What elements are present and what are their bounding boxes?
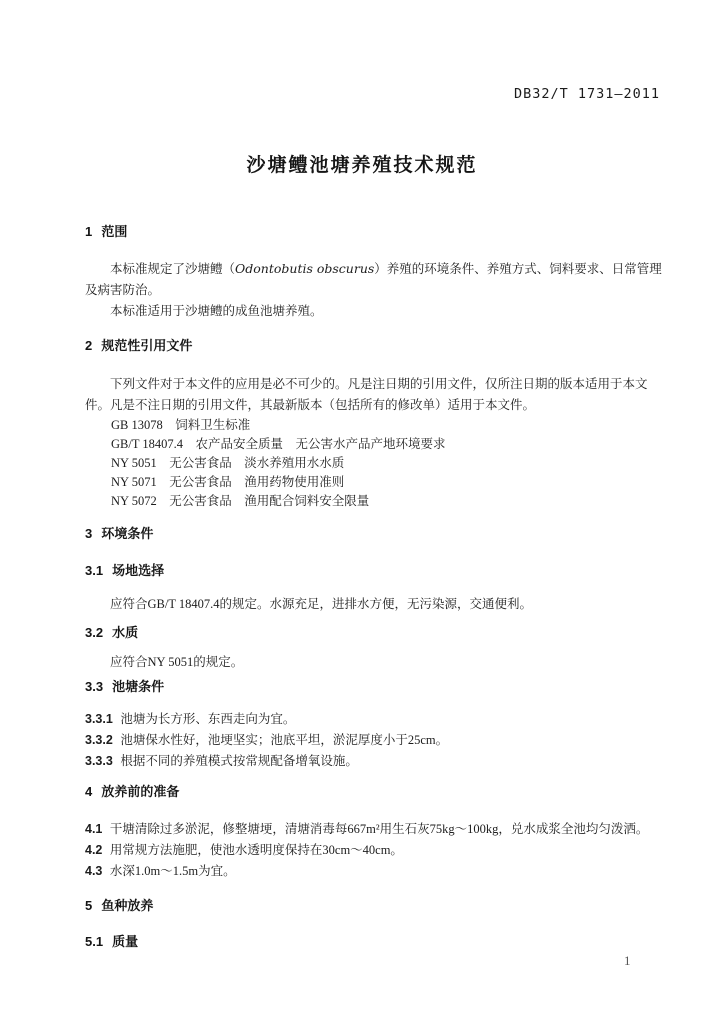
reference-item: NY 5072无公害食品 渔用配合饲料安全限量	[111, 492, 660, 511]
section-title: 范围	[101, 224, 127, 240]
document-body: 1 范围 本标准规定了沙塘鳢（Odontobutis obscurus）养殖的环…	[85, 224, 660, 950]
references-intro: 下列文件对于本文件的应用是必不可少的。凡是注日期的引用文件，仅所注日期的版本适用…	[85, 374, 660, 416]
section-title: 水质	[112, 625, 138, 641]
subsection-heading-quality: 5.1 质量	[85, 934, 660, 950]
clause-item: 4.2用常规方法施肥，使池水透明度保持在30cm～40cm。	[85, 840, 660, 861]
clause-number: 4.1	[85, 819, 102, 840]
section-number: 5.1	[85, 934, 103, 950]
clause-item: 4.3水深1.0m～1.5m为宜。	[85, 861, 660, 882]
reference-title: 无公害食品 淡水养殖用水水质	[169, 456, 344, 470]
clause-item: 3.3.3根据不同的养殖模式按常规配备增氧设施。	[85, 751, 660, 772]
section-number: 3.3	[85, 679, 103, 695]
clause-text: 池塘为长方形、东西走向为宜。	[120, 709, 295, 730]
preparation-clause-list: 4.1干塘清除过多淤泥，修整塘埂，清塘消毒每667m²用生石灰75kg～100k…	[85, 819, 660, 882]
reference-item: GB 13078饲料卫生标准	[111, 416, 660, 435]
text-run: 本标准规定了沙塘鳢（	[110, 262, 235, 276]
reference-item: NY 5051无公害食品 淡水养殖用水水质	[111, 454, 660, 473]
standard-number: DB32/T 1731—2011	[514, 86, 660, 102]
reference-code: NY 5071	[111, 473, 157, 492]
scope-paragraph-1-line-2: 及病害防治。	[85, 280, 660, 301]
section-title: 放养前的准备	[101, 784, 179, 800]
subsection-heading-site: 3.1 场地选择	[85, 563, 660, 579]
clause-text: 用常规方法施肥，使池水透明度保持在30cm～40cm。	[110, 840, 403, 861]
scope-paragraph-2: 本标准适用于沙塘鳢的成鱼池塘养殖。	[85, 301, 660, 322]
reference-code: GB/T 18407.4	[111, 435, 183, 454]
species-latin-name: Odontobutis obscurus	[235, 261, 374, 276]
section-title: 环境条件	[101, 526, 153, 542]
section-number: 3.1	[85, 563, 103, 579]
reference-title: 农产品安全质量 无公害水产品产地环境要求	[196, 437, 446, 451]
water-requirement-text: 应符合NY 5051的规定。	[85, 652, 660, 672]
clause-number: 3.3.1	[85, 709, 113, 730]
section-number: 1	[85, 224, 92, 240]
clause-text: 干塘清除过多淤泥，修整塘埂，清塘消毒每667m²用生石灰75kg～100kg，兑…	[110, 819, 648, 840]
section-heading-preparation: 4 放养前的准备	[85, 784, 660, 800]
subsection-heading-water: 3.2 水质	[85, 625, 660, 641]
scope-paragraph-1-line-1: 本标准规定了沙塘鳢（Odontobutis obscurus）养殖的环境条件、养…	[85, 258, 660, 280]
section-title: 鱼种放养	[101, 898, 153, 914]
reference-list: GB 13078饲料卫生标准 GB/T 18407.4农产品安全质量 无公害水产…	[85, 416, 660, 511]
clause-text: 水深1.0m～1.5m为宜。	[110, 861, 236, 882]
reference-code: GB 13078	[111, 416, 163, 435]
clause-item: 4.1干塘清除过多淤泥，修整塘埂，清塘消毒每667m²用生石灰75kg～100k…	[85, 819, 660, 840]
section-number: 3	[85, 526, 92, 542]
reference-title: 无公害食品 渔用配合饲料安全限量	[169, 494, 369, 508]
section-title: 池塘条件	[112, 679, 164, 695]
section-title: 规范性引用文件	[101, 338, 192, 354]
site-requirement-text: 应符合GB/T 18407.4的规定。水源充足，进排水方便，无污染源，交通便利。	[85, 594, 660, 614]
clause-number: 3.3.3	[85, 751, 113, 772]
clause-number: 3.3.2	[85, 730, 113, 751]
reference-item: GB/T 18407.4农产品安全质量 无公害水产品产地环境要求	[111, 435, 660, 454]
section-number: 3.2	[85, 625, 103, 641]
clause-text: 池塘保水性好，池埂坚实；池底平坦，淤泥厚度小于25cm。	[120, 730, 448, 751]
clause-item: 3.3.2池塘保水性好，池埂坚实；池底平坦，淤泥厚度小于25cm。	[85, 730, 660, 751]
clause-number: 4.3	[85, 861, 102, 882]
document-title: 沙塘鳢池塘养殖技术规范	[0, 150, 724, 177]
clause-text: 根据不同的养殖模式按常规配备增氧设施。	[120, 751, 358, 772]
subsection-heading-pond: 3.3 池塘条件	[85, 679, 660, 695]
text-run: ）养殖的环境条件、养殖方式、饲料要求、日常管理	[374, 262, 662, 276]
reference-code: NY 5072	[111, 492, 157, 511]
scope-paragraph-1: 本标准规定了沙塘鳢（Odontobutis obscurus）养殖的环境条件、养…	[85, 258, 660, 301]
section-title: 场地选择	[112, 563, 164, 579]
section-number: 5	[85, 898, 92, 914]
section-heading-scope: 1 范围	[85, 224, 660, 240]
section-heading-stocking: 5 鱼种放养	[85, 898, 660, 914]
section-number: 4	[85, 784, 92, 800]
section-heading-references: 2 规范性引用文件	[85, 338, 660, 354]
references-intro-line-2: 件。凡是不注日期的引用文件，其最新版本（包括所有的修改单）适用于本文件。	[85, 395, 660, 416]
section-title: 质量	[112, 934, 138, 950]
reference-title: 无公害食品 渔用药物使用准则	[169, 475, 344, 489]
document-page: DB32/T 1731—2011 沙塘鳢池塘养殖技术规范 1 范围 本标准规定了…	[0, 0, 724, 1024]
pond-clause-list: 3.3.1池塘为长方形、东西走向为宜。 3.3.2池塘保水性好，池埂坚实；池底平…	[85, 709, 660, 772]
page-number: 1	[624, 953, 631, 969]
section-heading-environment: 3 环境条件	[85, 526, 660, 542]
references-intro-line-1: 下列文件对于本文件的应用是必不可少的。凡是注日期的引用文件，仅所注日期的版本适用…	[85, 374, 660, 395]
clause-number: 4.2	[85, 840, 102, 861]
reference-item: NY 5071无公害食品 渔用药物使用准则	[111, 473, 660, 492]
clause-item: 3.3.1池塘为长方形、东西走向为宜。	[85, 709, 660, 730]
section-number: 2	[85, 338, 92, 354]
reference-code: NY 5051	[111, 454, 157, 473]
reference-title: 饲料卫生标准	[175, 418, 250, 432]
scope-paragraph-2-line: 本标准适用于沙塘鳢的成鱼池塘养殖。	[85, 301, 660, 322]
